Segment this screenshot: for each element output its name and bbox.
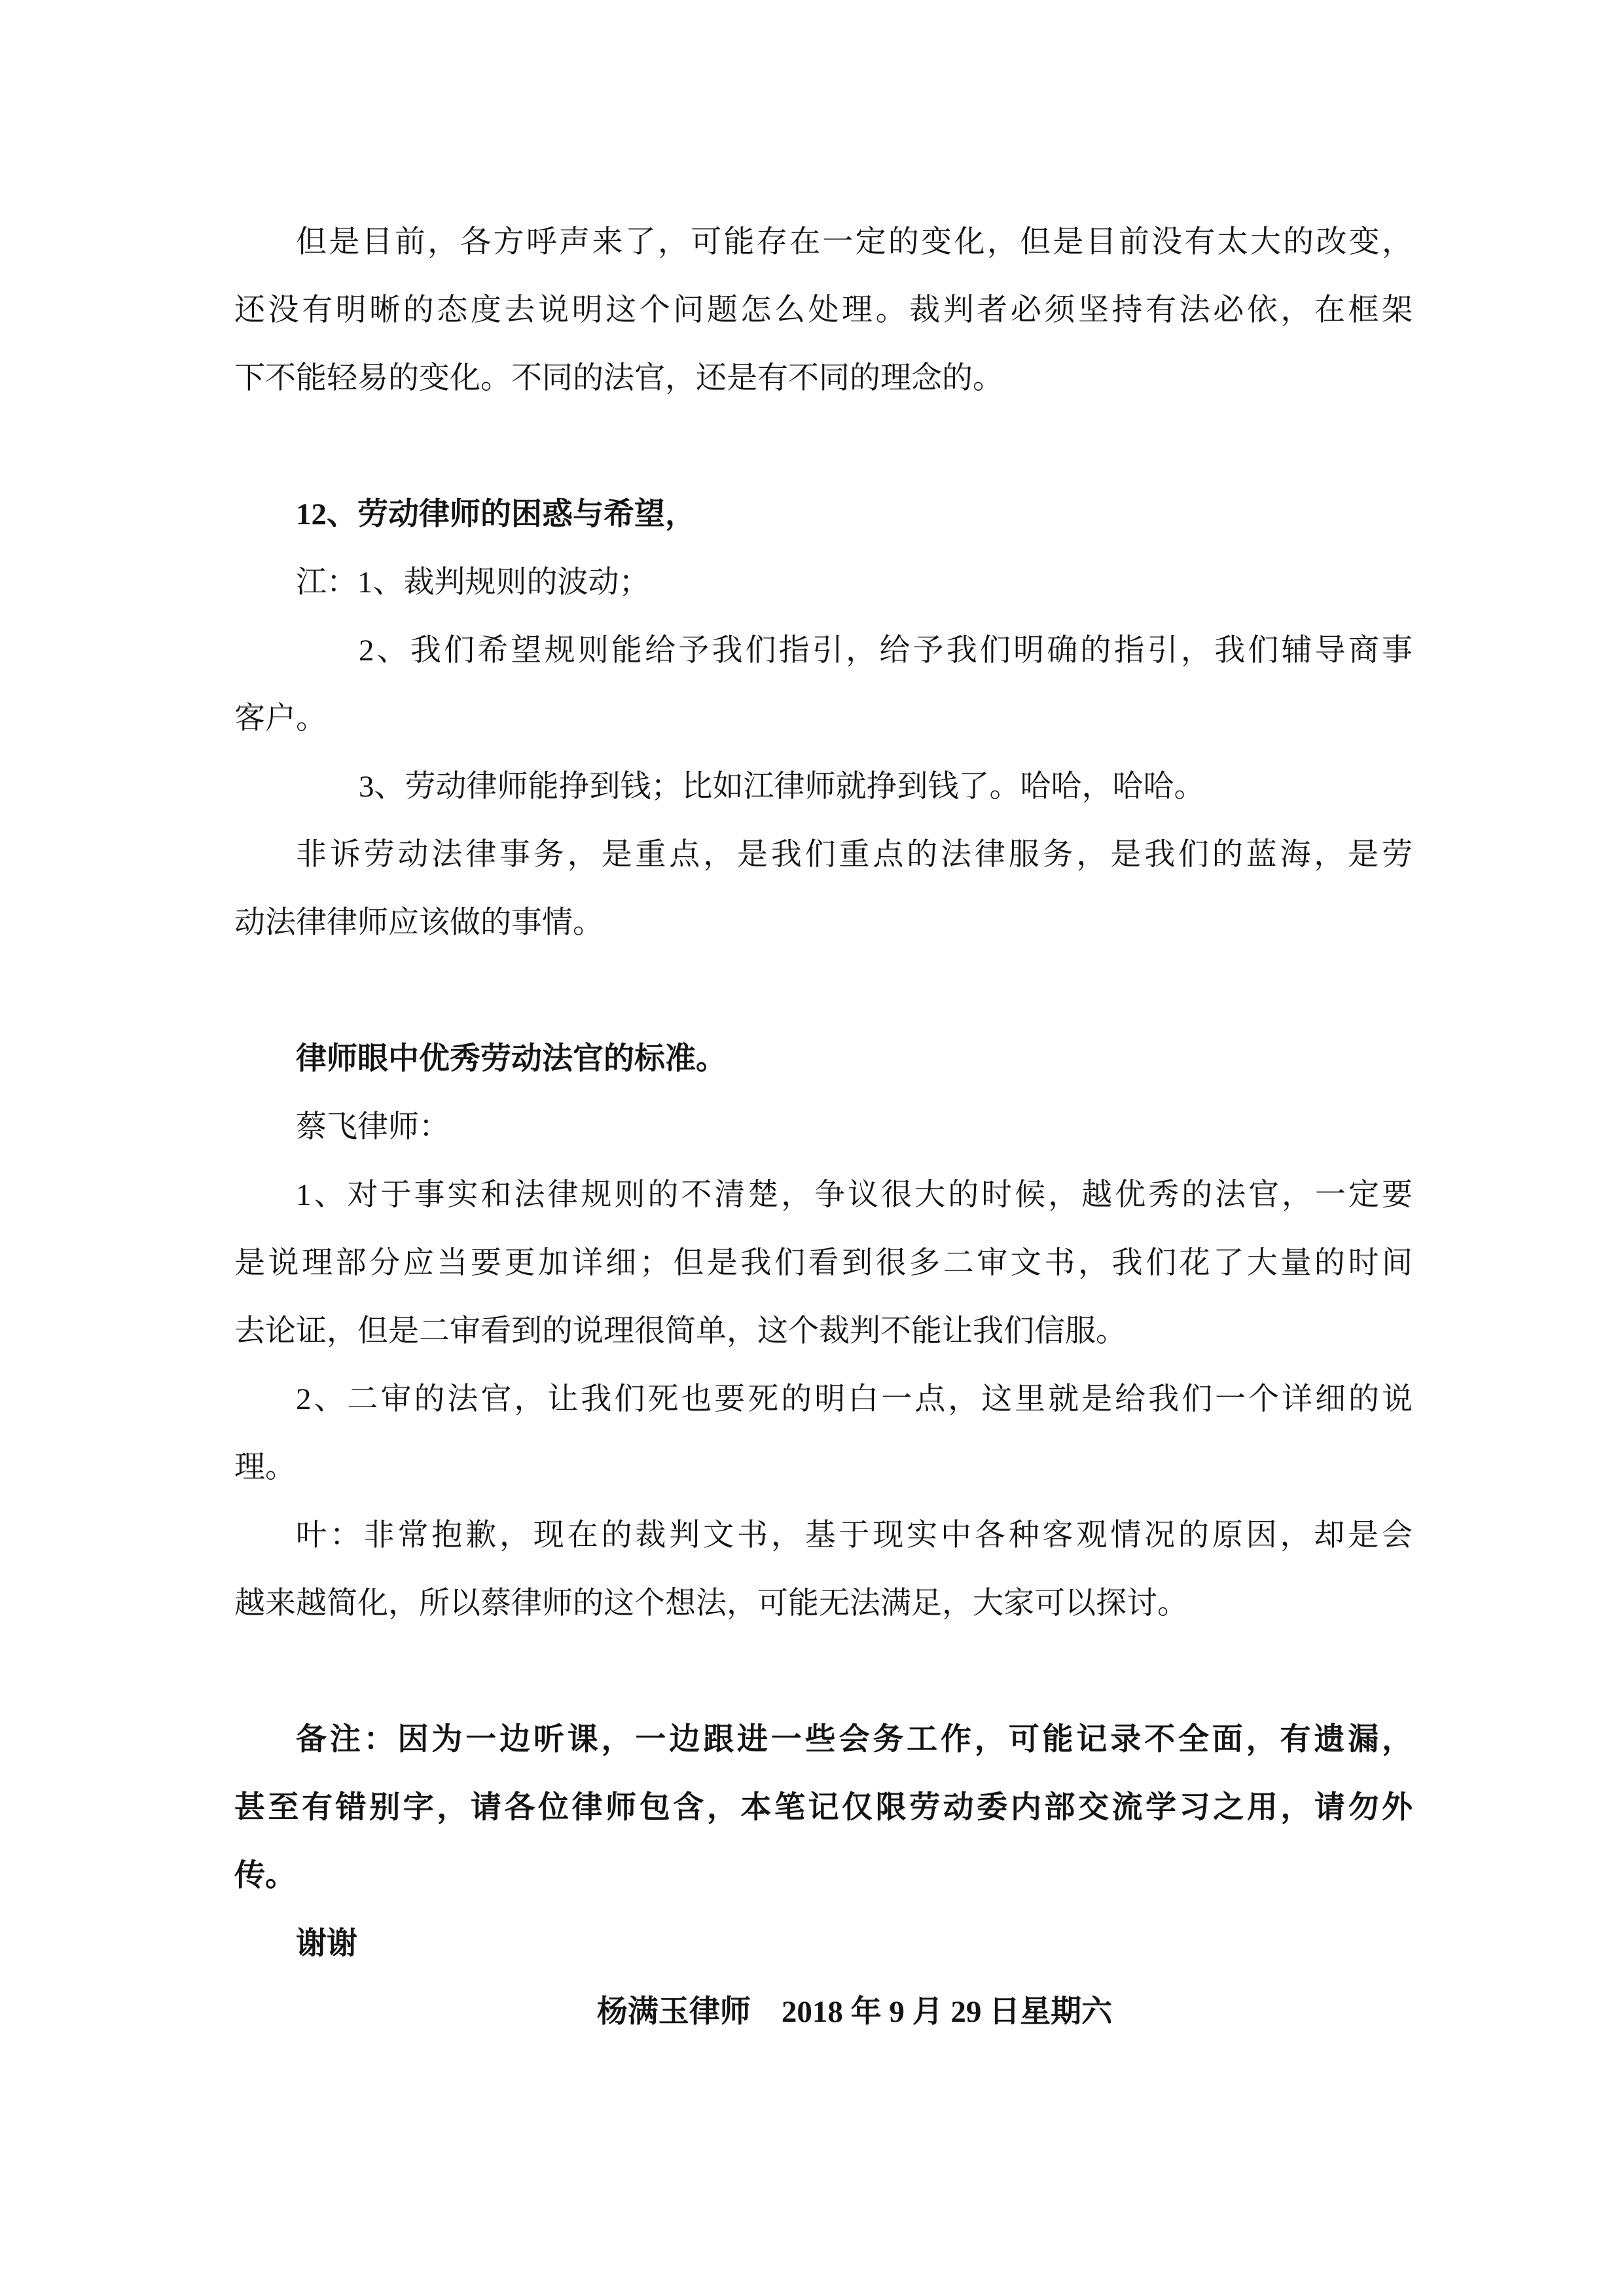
point-1-line-1: 1、对于事实和法律规则的不清楚，争议很大的时候，越优秀的法官，一定要 (234, 1161, 1413, 1229)
paragraph-ye-reply-line-2: 越来越简化，所以蔡律师的这个想法，可能无法满足，大家可以探讨。 (234, 1570, 1413, 1638)
paragraph-judge-change-line-1: 但是目前，各方呼声来了，可能存在一定的变化，但是目前没有太大的改变， (234, 208, 1413, 276)
speaker-caifei: 蔡飞律师： (234, 1093, 1413, 1161)
point-2-line-2: 理。 (234, 1433, 1413, 1501)
document-page: 但是目前，各方呼声来了，可能存在一定的变化，但是目前没有太大的改变， 还没有明晰… (0, 0, 1624, 2296)
signature-line: 杨满玉律师 2018 年 9 月 29 日星期六 (234, 1978, 1413, 2046)
note-line-2: 甚至有错别字，请各位律师包含，本笔记仅限劳动委内部交流学习之用，请勿外 (234, 1774, 1413, 1842)
paragraph-nonlitigation-line-2: 动法律律师应该做的事情。 (234, 889, 1413, 957)
blank-line (234, 957, 1413, 1025)
point-1-line-3: 去论证，但是二审看到的说理很简单，这个裁判不能让我们信服。 (234, 1297, 1413, 1365)
blank-line (234, 412, 1413, 480)
point-2-line-1: 2、二审的法官，让我们死也要死的明白一点，这里就是给我们一个详细的说 (234, 1365, 1413, 1433)
document-body: 但是目前，各方呼声来了，可能存在一定的变化，但是目前没有太大的改变， 还没有明晰… (234, 208, 1413, 2046)
list-item-3: 3、劳动律师能挣到钱；比如江律师就挣到钱了。哈哈，哈哈。 (234, 753, 1413, 821)
point-1-line-2: 是说理部分应当要更加详细；但是我们看到很多二审文书，我们花了大量的时间 (234, 1229, 1413, 1297)
paragraph-ye-reply-line-1: 叶：非常抱歉，现在的裁判文书，基于现实中各种客观情况的原因，却是会 (234, 1501, 1413, 1570)
thanks-line: 谢谢 (234, 1910, 1413, 1978)
paragraph-nonlitigation-line-1: 非诉劳动法律事务，是重点，是我们重点的法律服务，是我们的蓝海，是劳 (234, 821, 1413, 889)
heading-12-lawyer-confusion: 12、劳动律师的困惑与希望， (234, 480, 1413, 548)
note-line-3: 传。 (234, 1842, 1413, 1910)
list-item-2-line-1: 2、我们希望规则能给予我们指引，给予我们明确的指引，我们辅导商事 (234, 617, 1413, 685)
paragraph-judge-change-line-2: 还没有明晰的态度去说明这个问题怎么处理。裁判者必须坚持有法必依，在框架 (234, 276, 1413, 344)
blank-line (234, 1638, 1413, 1706)
list-item-2-line-2: 客户。 (234, 685, 1413, 753)
paragraph-judge-change-line-3: 下不能轻易的变化。不同的法官，还是有不同的理念的。 (234, 344, 1413, 412)
note-line-1: 备注：因为一边听课，一边跟进一些会务工作，可能记录不全面，有遗漏， (234, 1706, 1413, 1774)
list-item-jiang-1: 江：1、裁判规则的波动； (234, 548, 1413, 617)
heading-standards: 律师眼中优秀劳动法官的标准。 (234, 1025, 1413, 1093)
